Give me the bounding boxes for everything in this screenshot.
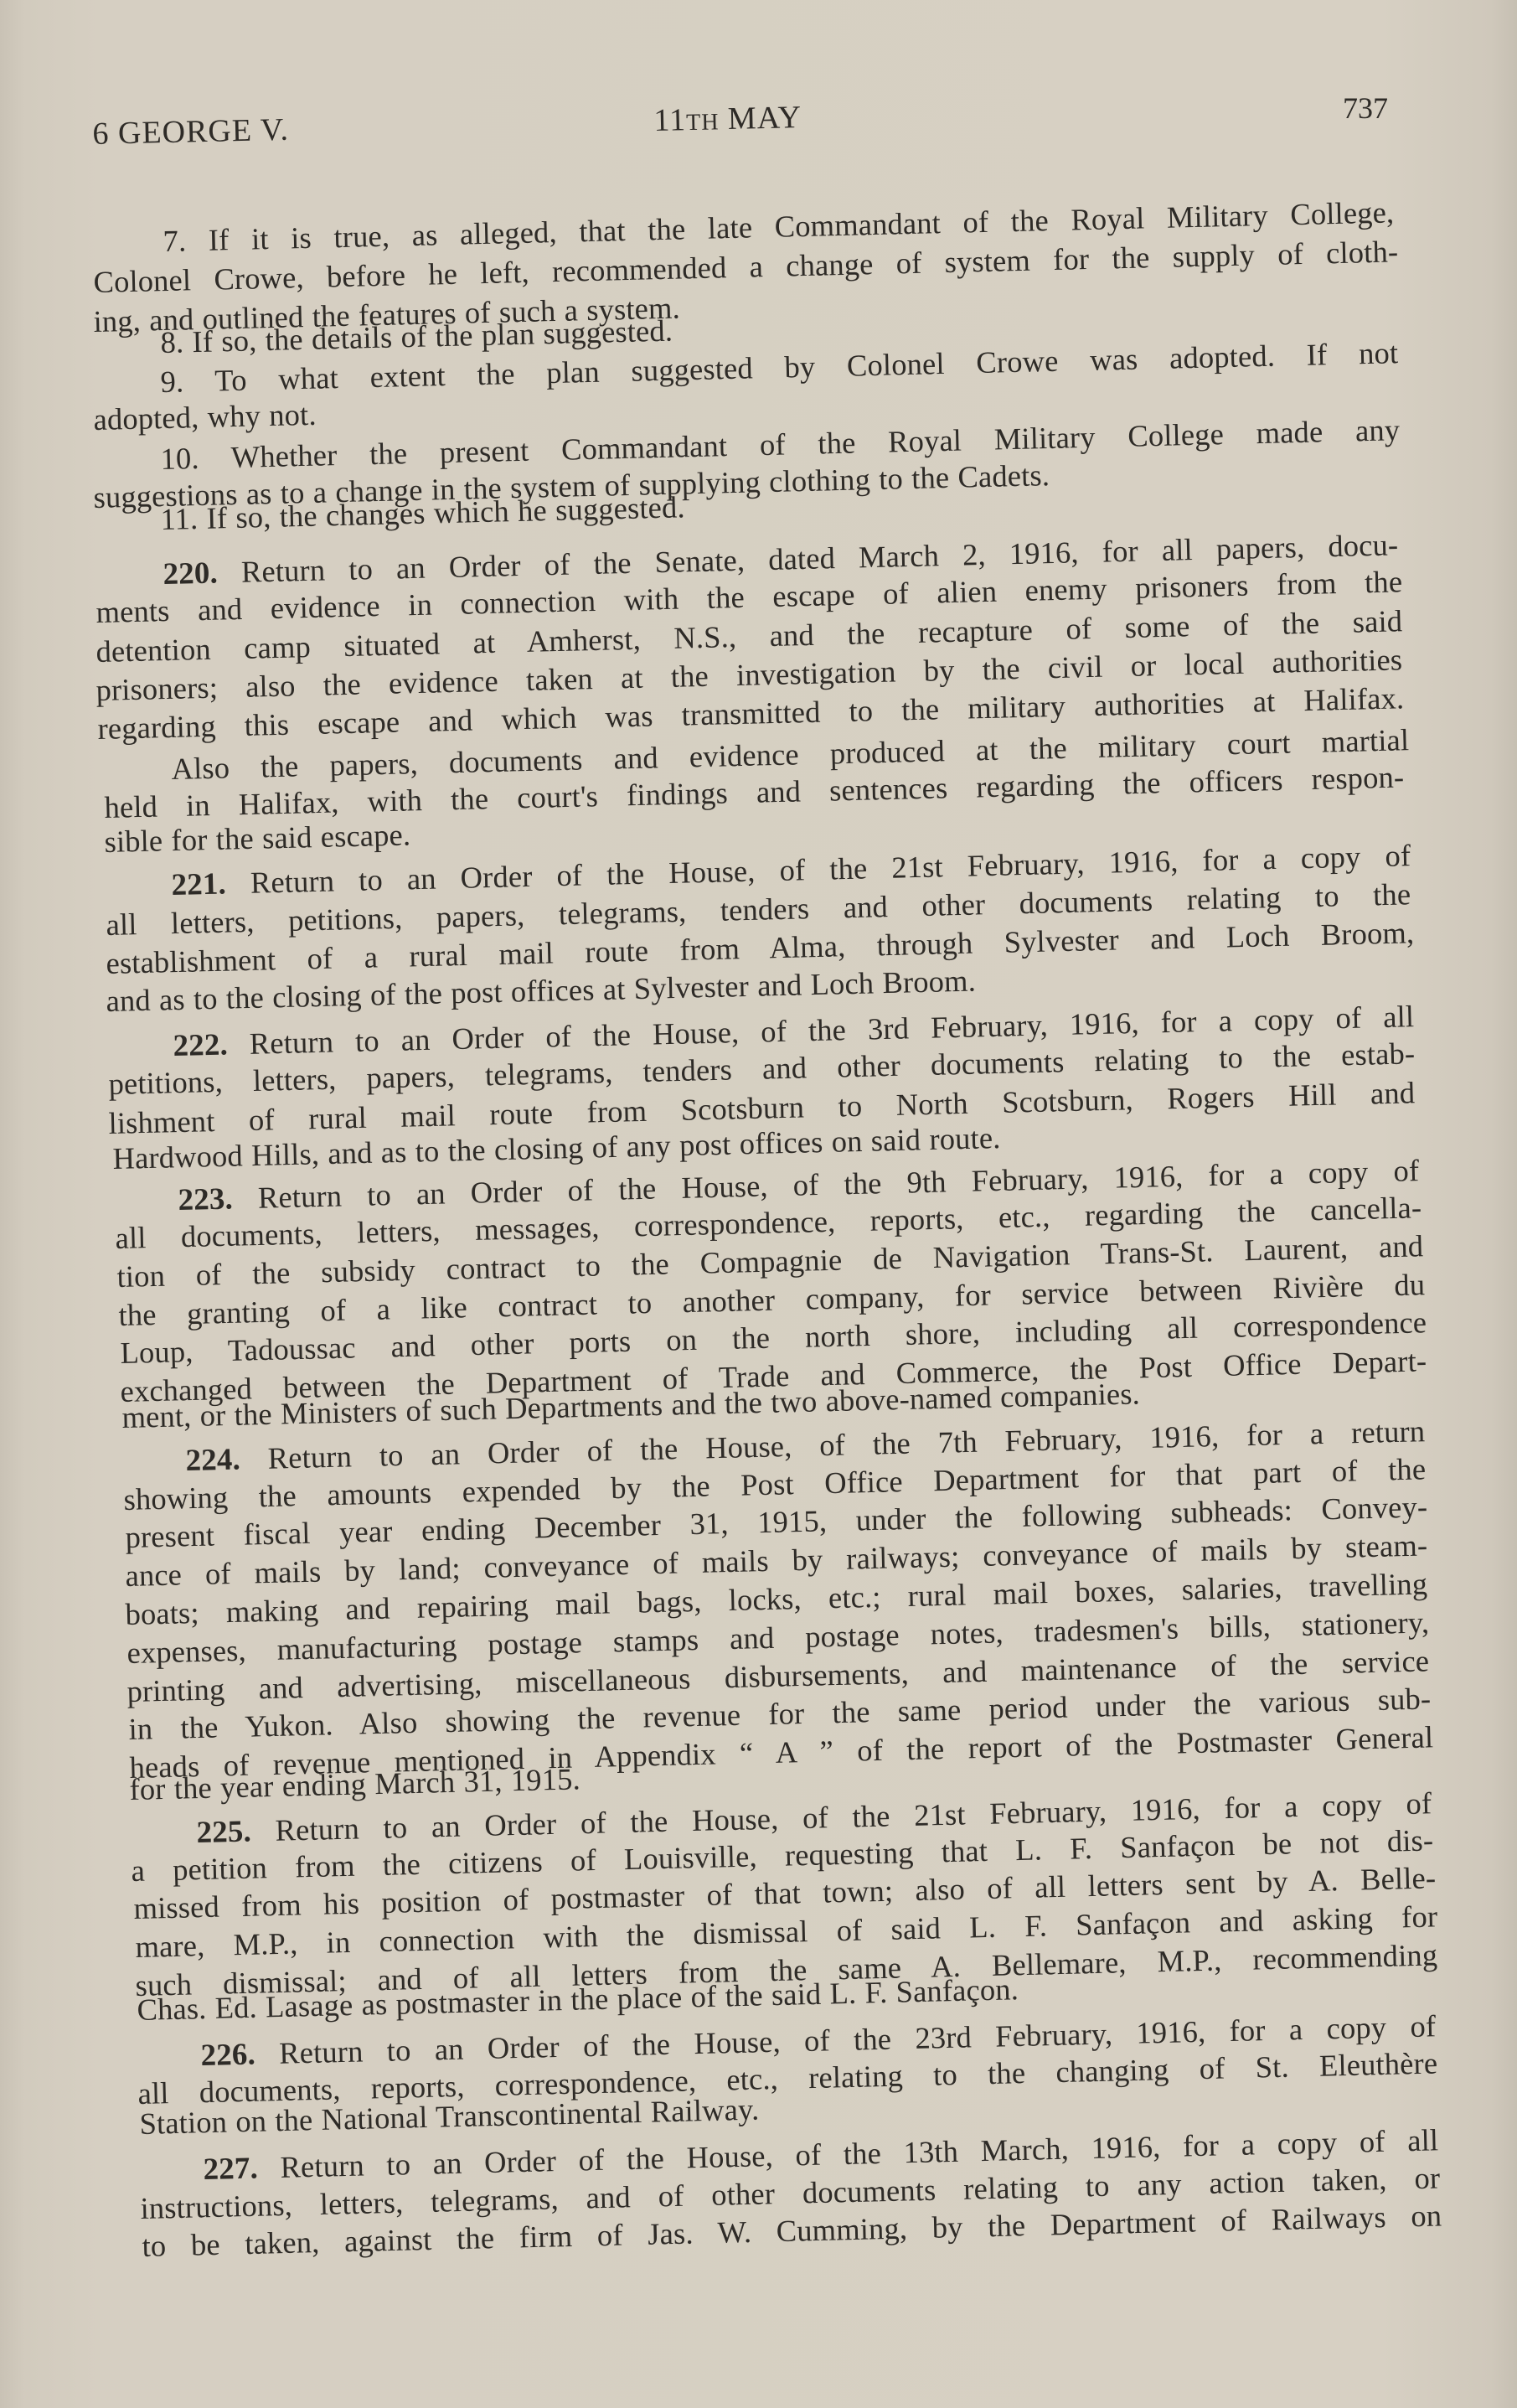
item-number: 222. [173,1027,228,1063]
item-number: 221. [171,866,226,902]
line-text: sible for the said escape. [104,817,411,859]
document-body: 7. If it is true, as alleged, that the l… [0,0,1517,2408]
text-line: for the year ending March 31, 1915. [129,1764,580,1805]
text-line: sible for the said escape. [104,819,410,857]
item-number: 224. [185,1442,240,1478]
item-number: 226. [200,2037,255,2073]
line-text: adopted, why not. [93,397,317,437]
item-number: 227. [203,2151,258,2187]
text-line: adopted, why not. [93,400,317,436]
item-number: 225. [196,1814,251,1850]
item-number: 220. [163,555,218,592]
scanned-page: 6 GEORGE V. 11TH MAY 737 7. If it is tru… [0,0,1517,2408]
item-number: 223. [178,1181,233,1217]
